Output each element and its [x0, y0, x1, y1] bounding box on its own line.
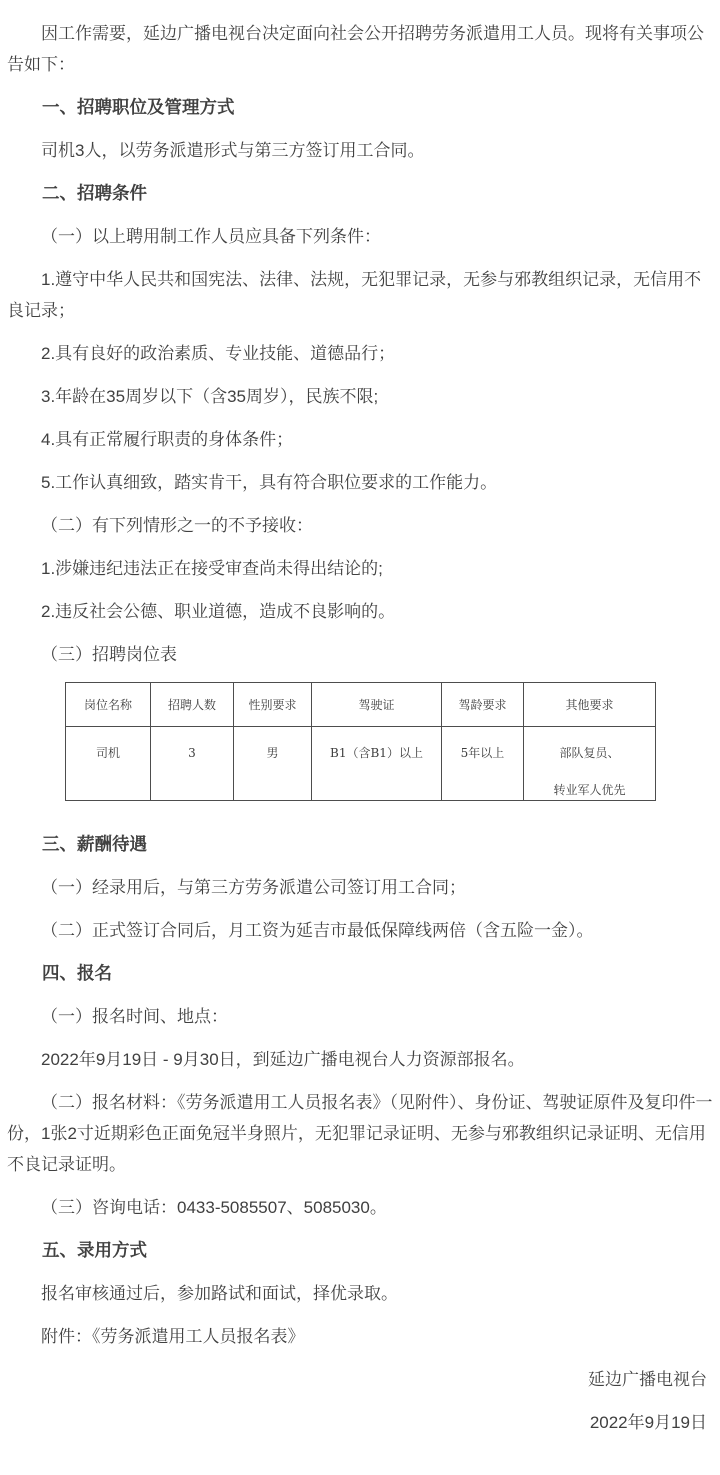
other-requirement-line-1: 部队复员、: [524, 745, 655, 761]
rejection-intro: （二）有下列情形之一的不予接收：: [7, 510, 713, 541]
condition-item-3: 3.年龄在35周岁以下（含35周岁），民族不限;: [7, 381, 713, 412]
condition-item-5: 5.工作认真细致，踏实肯干，具有符合职位要求的工作能力。: [7, 467, 713, 498]
signup-time-place-detail: 2022年9月19日 - 9月30日，到延边广播电视台人力资源部报名。: [7, 1044, 713, 1075]
cell-headcount: 3: [151, 727, 234, 801]
condition-item-2: 2.具有良好的政治素质、专业技能、道德品行；: [7, 338, 713, 369]
salary-item-1: （一）经录用后，与第三方劳务派遣公司签订用工合同；: [7, 872, 713, 903]
section-5-heading: 五、录用方式: [7, 1235, 713, 1266]
attachment-note: 附件：《劳务派遣用工人员报名表》: [7, 1321, 713, 1352]
cell-other-requirement: 部队复员、 转业军人优先: [524, 727, 656, 801]
header-driving-age-requirement: 驾龄要求: [442, 683, 524, 727]
condition-item-1: 1.遵守中华人民共和国宪法、法律、法规，无犯罪记录，无参与邪教组织记录，无信用不…: [7, 264, 713, 326]
conditions-intro: （一）以上聘用制工作人员应具备下列条件：: [7, 221, 713, 252]
header-other-requirement: 其他要求: [524, 683, 656, 727]
rejection-item-2: 2.违反社会公德、职业道德，造成不良影响的。: [7, 596, 713, 627]
hiring-method: 报名审核通过后，参加路试和面试，择优录取。: [7, 1278, 713, 1309]
header-gender-requirement: 性别要求: [234, 683, 312, 727]
other-requirement-line-2: 转业军人优先: [524, 782, 655, 798]
rejection-item-1: 1.涉嫌违纪违法正在接受审查尚未得出结论的;: [7, 553, 713, 584]
section-1-paragraph: 司机3人，以劳务派遣形式与第三方签订用工合同。: [7, 135, 713, 166]
job-table-header-row: 岗位名称 招聘人数 性别要求 驾驶证 驾龄要求 其他要求: [66, 683, 656, 727]
job-table-row: 司机 3 男 B1（含B1）以上 5年以上 部队复员、 转业军人优先: [66, 727, 656, 801]
cell-driving-years: 5年以上: [442, 727, 524, 801]
job-table: 岗位名称 招聘人数 性别要求 驾驶证 驾龄要求 其他要求 司机 3 男 B1（含…: [65, 682, 656, 801]
header-driver-license: 驾驶证: [312, 683, 442, 727]
salary-item-2: （二）正式签订合同后，月工资为延吉市最低保障线两倍（含五险一金）。: [7, 915, 713, 946]
announcement-document: 因工作需要，延边广播电视台决定面向社会公开招聘劳务派遣用工人员。现将有关事项公告…: [0, 0, 720, 1475]
signup-time-place-intro: （一）报名时间、地点：: [7, 1001, 713, 1032]
header-post-name: 岗位名称: [66, 683, 151, 727]
signature-org: 延边广播电视台: [7, 1364, 713, 1395]
cell-license: B1（含B1）以上: [312, 727, 442, 801]
section-1-heading: 一、招聘职位及管理方式: [7, 92, 713, 123]
cell-gender: 男: [234, 727, 312, 801]
section-2-heading: 二、招聘条件: [7, 178, 713, 209]
section-3-heading: 三、薪酬待遇: [7, 829, 713, 860]
job-table-caption: （三）招聘岗位表: [7, 639, 713, 670]
contact-phone: （三）咨询电话：0433-5085507、5085030。: [7, 1192, 713, 1223]
signup-materials: （二）报名材料：《劳务派遣用工人员报名表》（见附件）、身份证、驾驶证原件及复印件…: [7, 1087, 713, 1180]
intro-paragraph: 因工作需要，延边广播电视台决定面向社会公开招聘劳务派遣用工人员。现将有关事项公告…: [7, 18, 713, 80]
section-4-heading: 四、报名: [7, 958, 713, 989]
header-headcount: 招聘人数: [151, 683, 234, 727]
cell-post-name: 司机: [66, 727, 151, 801]
signature-date: 2022年9月19日: [7, 1407, 713, 1438]
condition-item-4: 4.具有正常履行职责的身体条件；: [7, 424, 713, 455]
